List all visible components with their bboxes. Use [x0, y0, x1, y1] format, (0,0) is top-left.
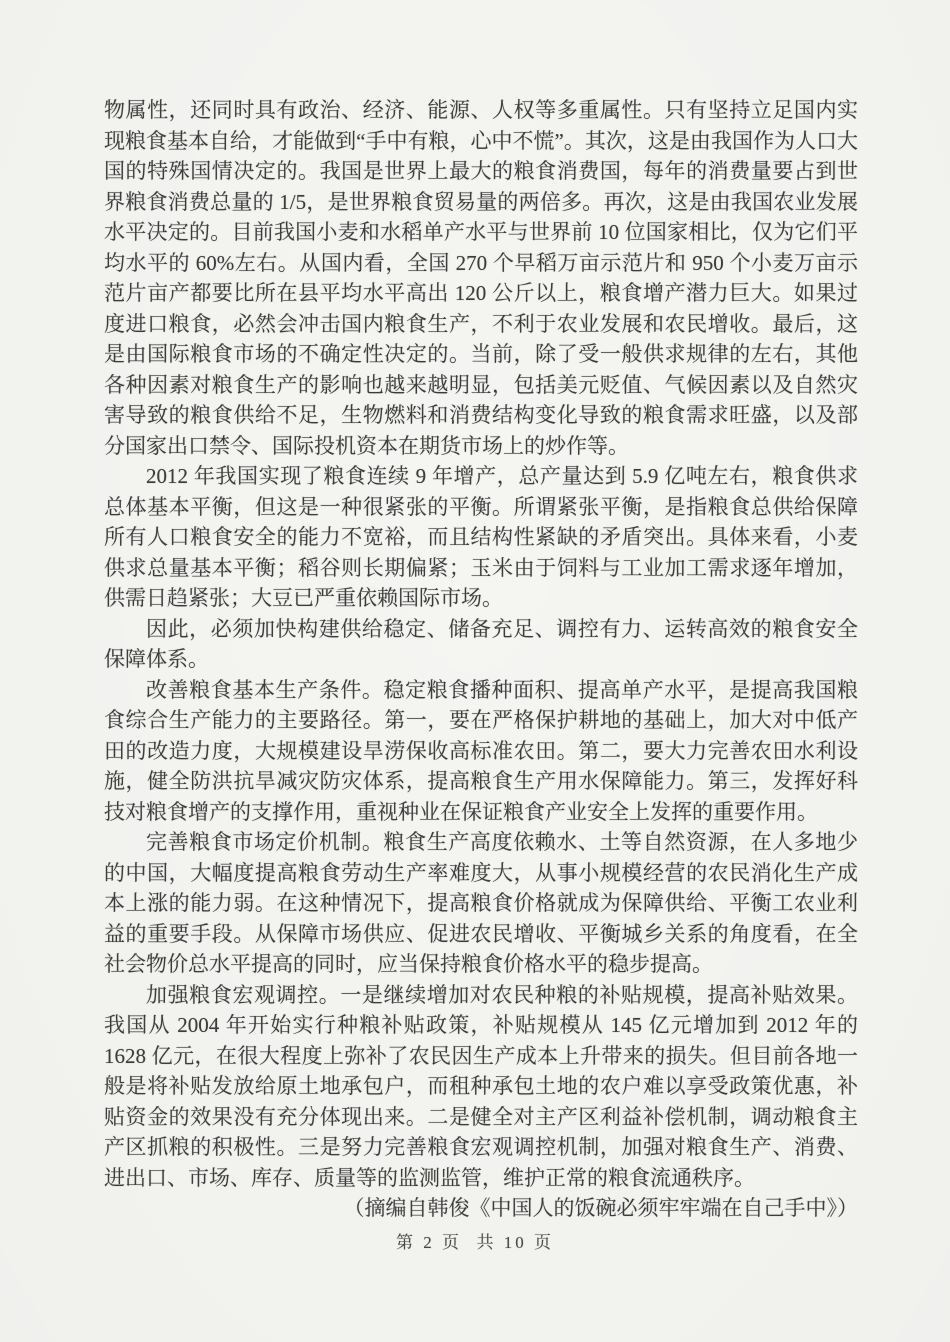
paragraph-continuation: 物属性，还同时具有政治、经济、能源、人权等多重属性。只有坚持立足国内实现粮食基本…: [104, 95, 858, 461]
paragraph-market-pricing-mechanism: 完善粮食市场定价机制。粮食生产高度依赖水、土等自然资源，在人多地少的中国，大幅度…: [104, 827, 858, 980]
page-number: 第 2 页 共 10 页: [0, 1228, 950, 1253]
attribution-line: （摘编自韩俊《中国人的饭碗必须牢牢端在自己手中》）: [104, 1193, 858, 1224]
paragraph-grain-output-2012: 2012 年我国实现了粮食连续 9 年增产，总产量达到 5.9 亿吨左右，粮食供…: [104, 461, 858, 614]
paragraph-macro-regulation: 加强粮食宏观调控。一是继续增加对农民种粮的补贴规模，提高补贴效果。我国从 200…: [104, 980, 858, 1194]
paragraph-conclusion-system: 因此，必须加快构建供给稳定、储备充足、调控有力、运转高效的粮食安全保障体系。: [104, 614, 858, 675]
paragraph-improve-production-conditions: 改善粮食基本生产条件。稳定粮食播种面积、提高单产水平，是提高我国粮食综合生产能力…: [104, 675, 858, 828]
passage-text: 物属性，还同时具有政治、经济、能源、人权等多重属性。只有坚持立足国内实现粮食基本…: [104, 95, 858, 1224]
scanned-document-page: 物属性，还同时具有政治、经济、能源、人权等多重属性。只有坚持立足国内实现粮食基本…: [0, 0, 950, 1342]
